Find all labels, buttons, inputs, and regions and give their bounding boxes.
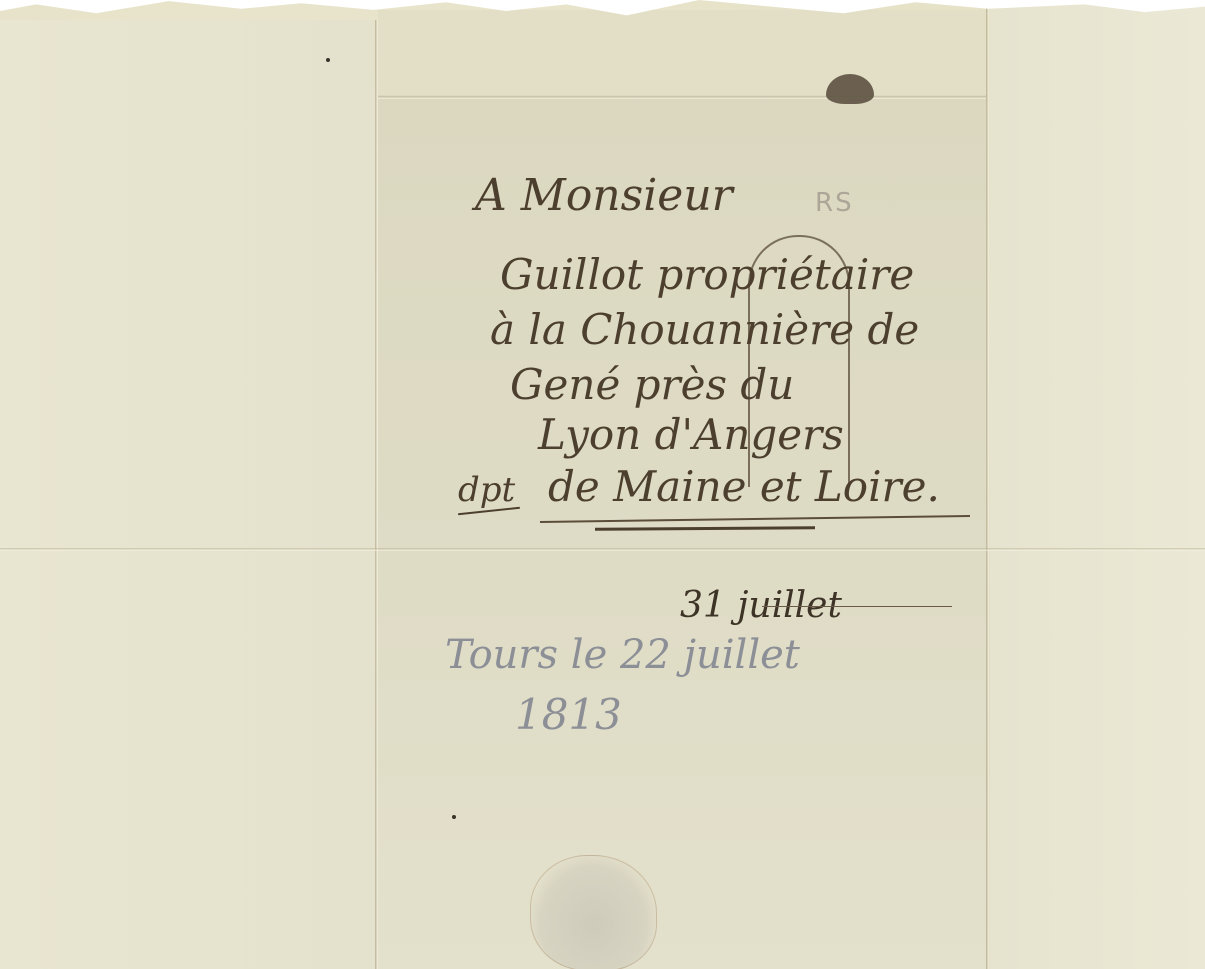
letter-paper: RS A Monsieur Guillot propriétaire à la … [0,0,1205,969]
department-abbrev: dpt [458,470,515,510]
center-top-flap [378,10,986,100]
left-fold-panel [0,20,375,969]
wax-seal-residue [530,855,657,969]
address-line-4: Gené près du [510,360,794,409]
address-line-3: à la Chouannière de [490,305,919,354]
speck [452,815,456,819]
fold-line-top [378,96,986,99]
right-fold-panel [990,0,1205,969]
address-line-2: Guillot propriétaire [500,250,914,299]
faint-postmark: RS [815,188,854,218]
address-panel [378,95,986,969]
fold-line-right [986,0,989,969]
speck [326,58,330,62]
address-line-6: de Maine et Loire. [548,462,940,511]
address-line-5: Lyon d'Angers [538,410,844,459]
pencil-note-place-date: Tours le 22 juillet [445,632,800,678]
address-line-1: A Monsieur [475,170,733,221]
pencil-note-year: 1813 [515,690,622,739]
fold-line-left [375,20,378,969]
fold-line-horizontal [0,548,1205,551]
date-stroke [762,606,952,607]
